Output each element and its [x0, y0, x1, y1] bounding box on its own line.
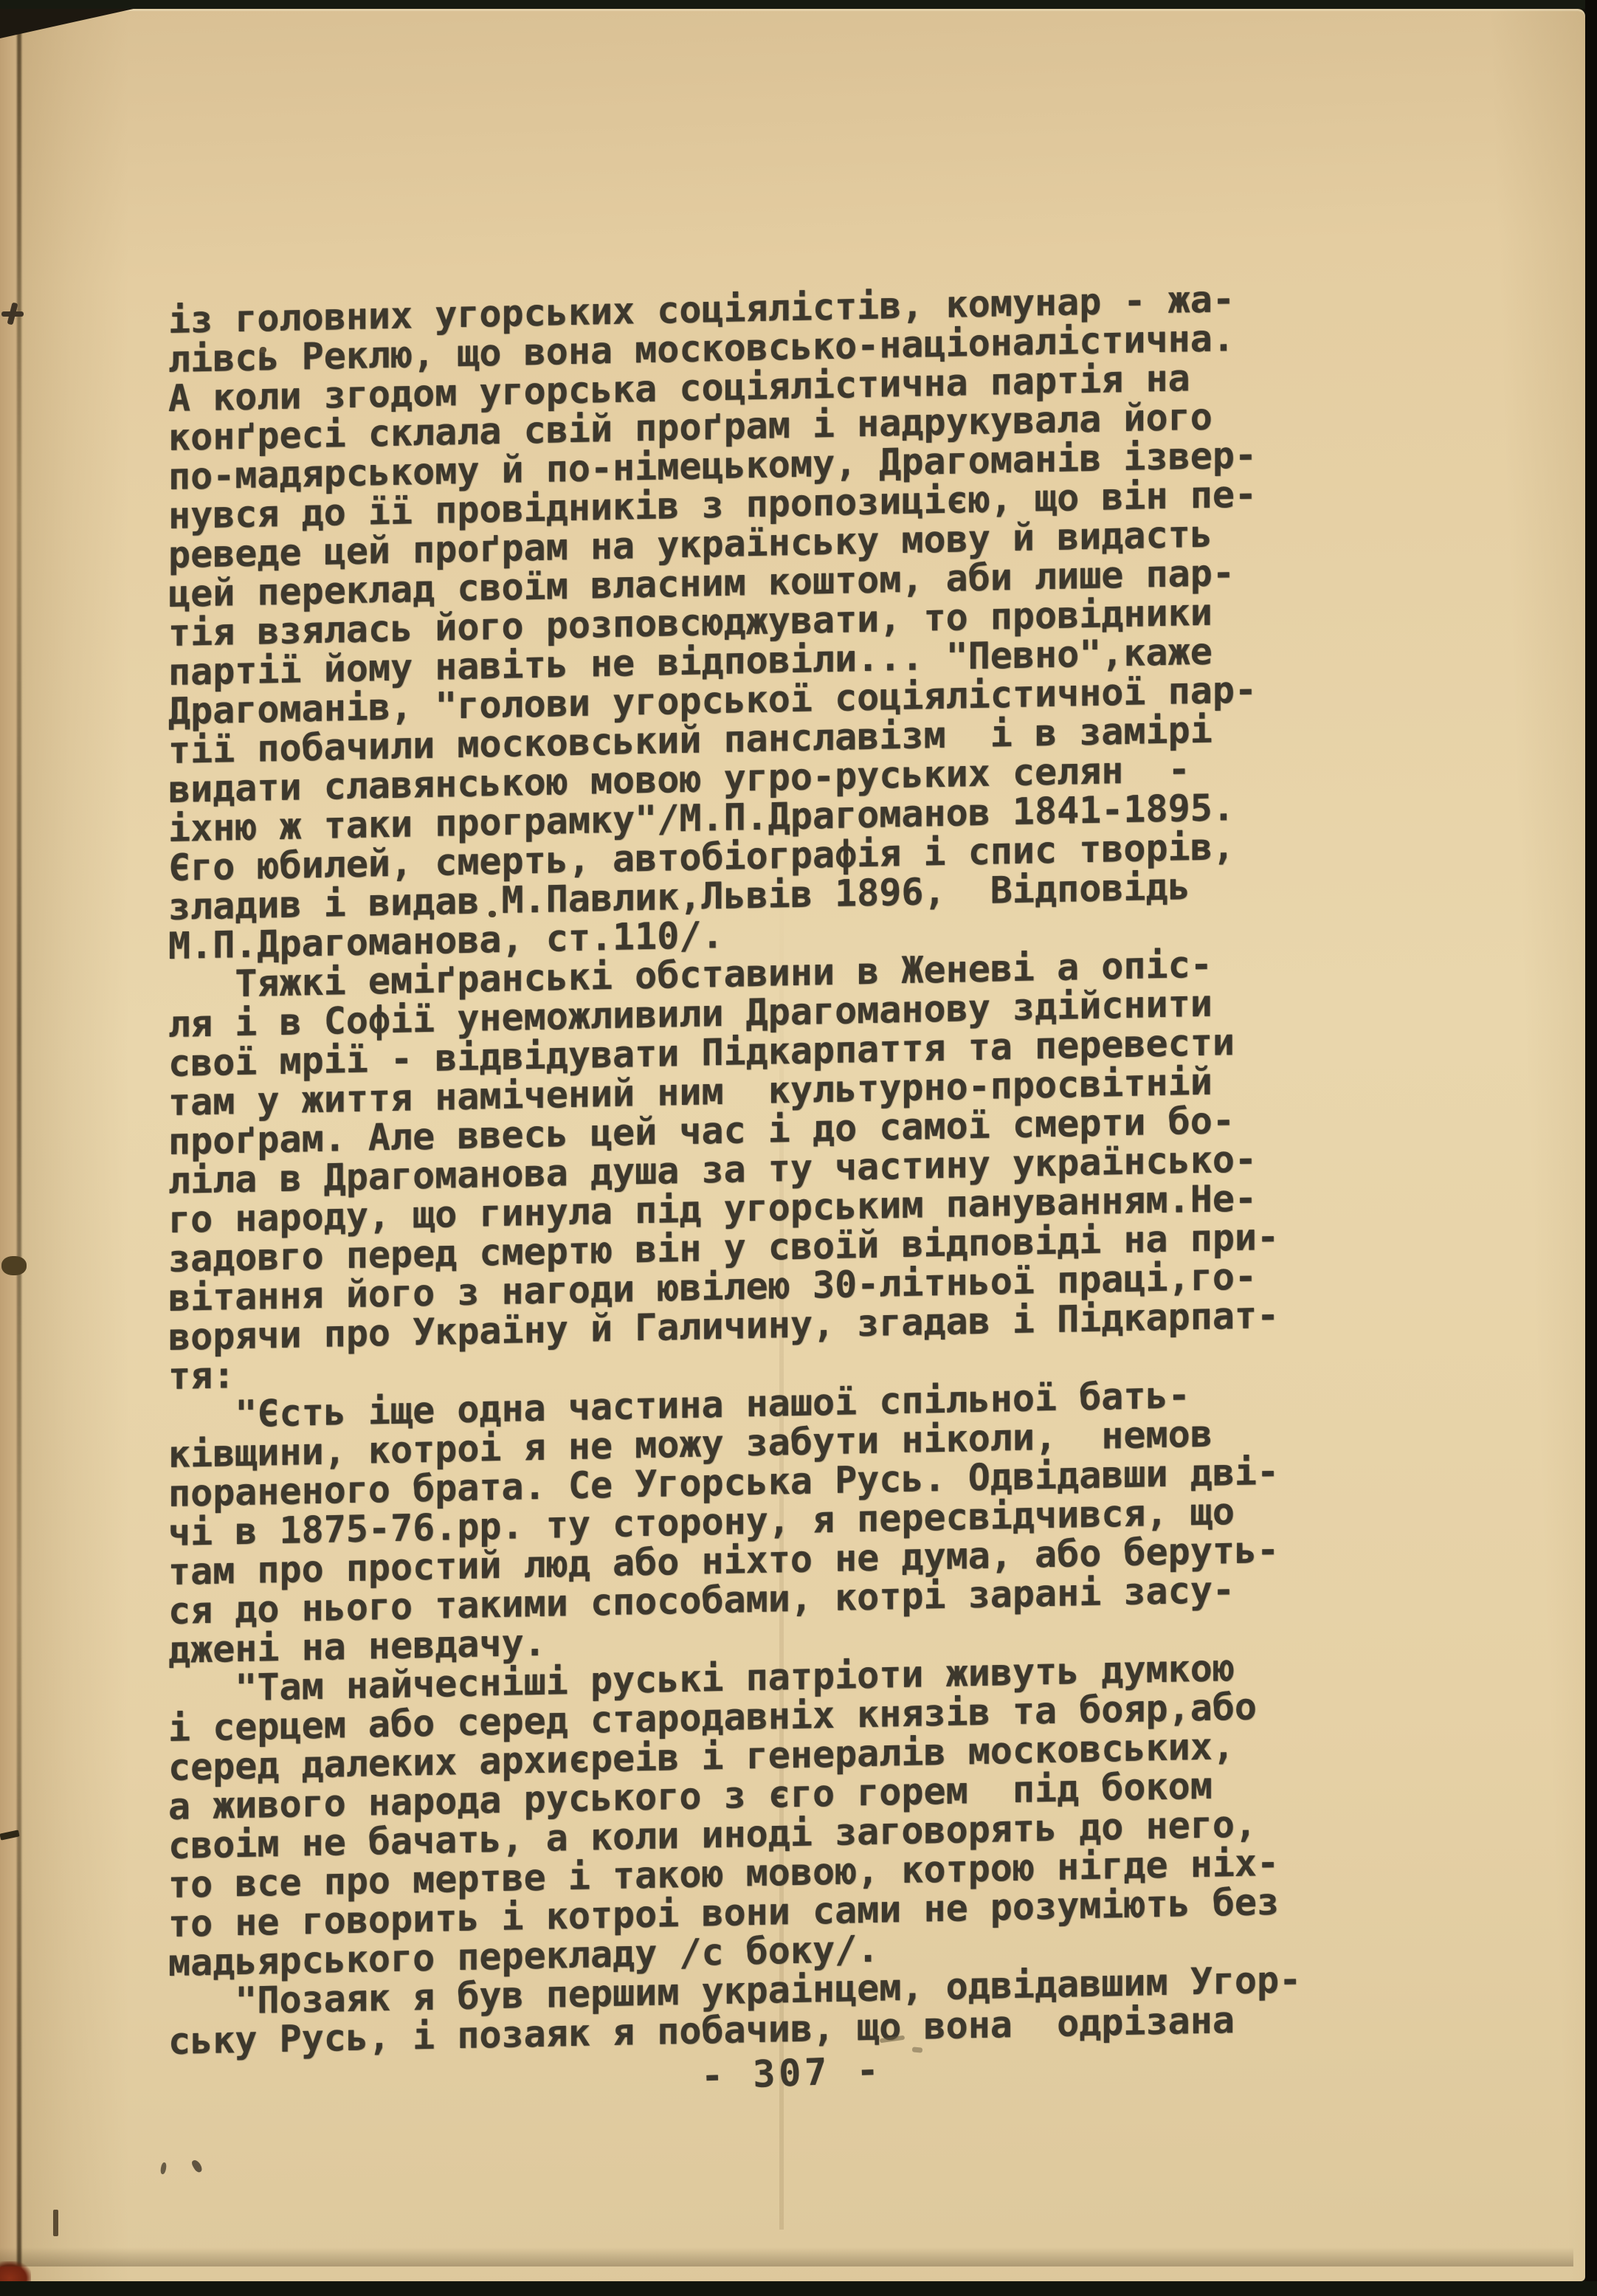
- cover-edge-bottom: [0, 2281, 1597, 2296]
- ink-speck: [260, 347, 266, 353]
- binding-gutter: [0, 9, 18, 2281]
- ink-speck: [190, 2159, 204, 2174]
- body-text: із головних угорських соціялістів, комун…: [168, 277, 1327, 2061]
- binding-crease-line: [17, 9, 21, 2281]
- cover-edge-right: [1585, 0, 1597, 2296]
- cover-edge-top: [0, 0, 1597, 9]
- binding-cross-mark: [1, 303, 24, 325]
- margin-stroke-mark: [53, 2210, 58, 2236]
- page-bottom-shadow: [0, 2247, 1573, 2266]
- page-number: - 307 -: [700, 2049, 883, 2098]
- faint-pencil-mark: [912, 2047, 923, 2052]
- ink-speck: [489, 911, 496, 917]
- scanned-book-photo: { "page": { "number_label": "- 307 -", "…: [0, 0, 1597, 2296]
- ink-speck: [160, 2162, 168, 2175]
- binding-blob-mark: [1, 1256, 27, 1275]
- book-page: із головних угорських соціялістів, комун…: [0, 9, 1585, 2281]
